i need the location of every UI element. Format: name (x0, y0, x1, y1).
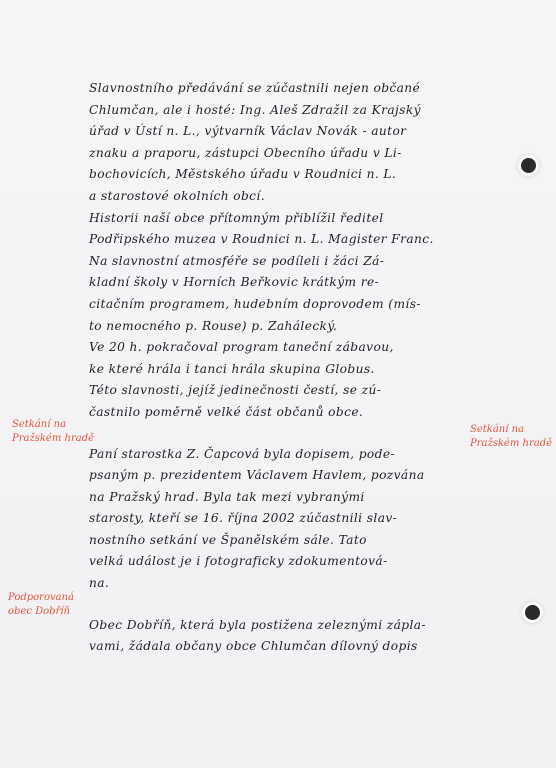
text-line: na. (89, 573, 484, 595)
margin-note-left-2: Podporovaná obec Dobříň (8, 591, 74, 619)
paragraph-gap (89, 424, 484, 444)
text-line: to nemocného p. Rouse) p. Zahálecký. (89, 316, 484, 338)
margin-note-line: obec Dobříň (8, 605, 74, 619)
paragraph-2: Paní starostka Z. Čapcová byla dopisem, … (89, 444, 484, 595)
text-line: úřad v Ústí n. L., výtvarník Václav Nová… (89, 121, 484, 143)
handwritten-body: Slavnostního předávání se zúčastnili nej… (89, 78, 484, 658)
text-line: Ve 20 h. pokračoval program taneční zába… (89, 337, 484, 359)
margin-note-line: Setkání na (12, 418, 94, 432)
text-line: starosty, kteří se 16. října 2002 zúčast… (89, 508, 484, 530)
punch-hole-top (521, 158, 536, 173)
text-line: Na slavnostní atmosféře se podíleli i žá… (89, 251, 484, 273)
text-line: Podřipského muzea v Roudnici n. L. Magis… (89, 229, 484, 251)
text-line: velká událost je i fotograficky zdokumen… (89, 551, 484, 573)
text-line: Paní starostka Z. Čapcová byla dopisem, … (89, 444, 484, 466)
text-line: na Pražský hrad. Byla tak mezi vybranými (89, 487, 484, 509)
paragraph-3: Obec Dobříň, která byla postižena zelezn… (89, 615, 484, 658)
text-line: znaku a praporu, zástupci Obecního úřadu… (89, 143, 484, 165)
text-line: Chlumčan, ale i hosté: Ing. Aleš Zdražil… (89, 100, 484, 122)
text-line: psaným p. prezidentem Václavem Havlem, p… (89, 465, 484, 487)
margin-note-line: Podporovaná (8, 591, 74, 605)
chronicle-page: Setkání na Pražském hradě Setkání na Pra… (0, 0, 556, 768)
text-line: citačním programem, hudebním doprovodem … (89, 294, 484, 316)
text-line: Slavnostního předávání se zúčastnili nej… (89, 78, 484, 100)
text-line: bochovicích, Městského úřadu v Roudnici … (89, 164, 484, 186)
text-line: vami, žádala občany obce Chlumčan dílovn… (89, 636, 484, 658)
text-line: a starostové okolních obcí. (89, 186, 484, 208)
paragraph-1: Slavnostního předávání se zúčastnili nej… (89, 78, 484, 424)
text-line: Této slavnosti, jejíž jedinečnosti čestí… (89, 380, 484, 402)
punch-hole-bottom (525, 605, 540, 620)
text-line: Obec Dobříň, která byla postižena zelezn… (89, 615, 484, 637)
margin-note-left-1: Setkání na Pražském hradě (12, 418, 94, 446)
paragraph-gap (89, 595, 484, 615)
text-line: kladní školy v Horních Beřkovic krátkým … (89, 272, 484, 294)
text-line: ke které hrála i tanci hrála skupina Glo… (89, 359, 484, 381)
text-line: nostního setkání ve Španělském sále. Tat… (89, 530, 484, 552)
margin-note-line: Pražském hradě (12, 432, 94, 446)
text-line: častnilo poměrně velké část občanů obce. (89, 402, 484, 424)
text-line: Historii naší obce přítomným přiblížil ř… (89, 208, 484, 230)
